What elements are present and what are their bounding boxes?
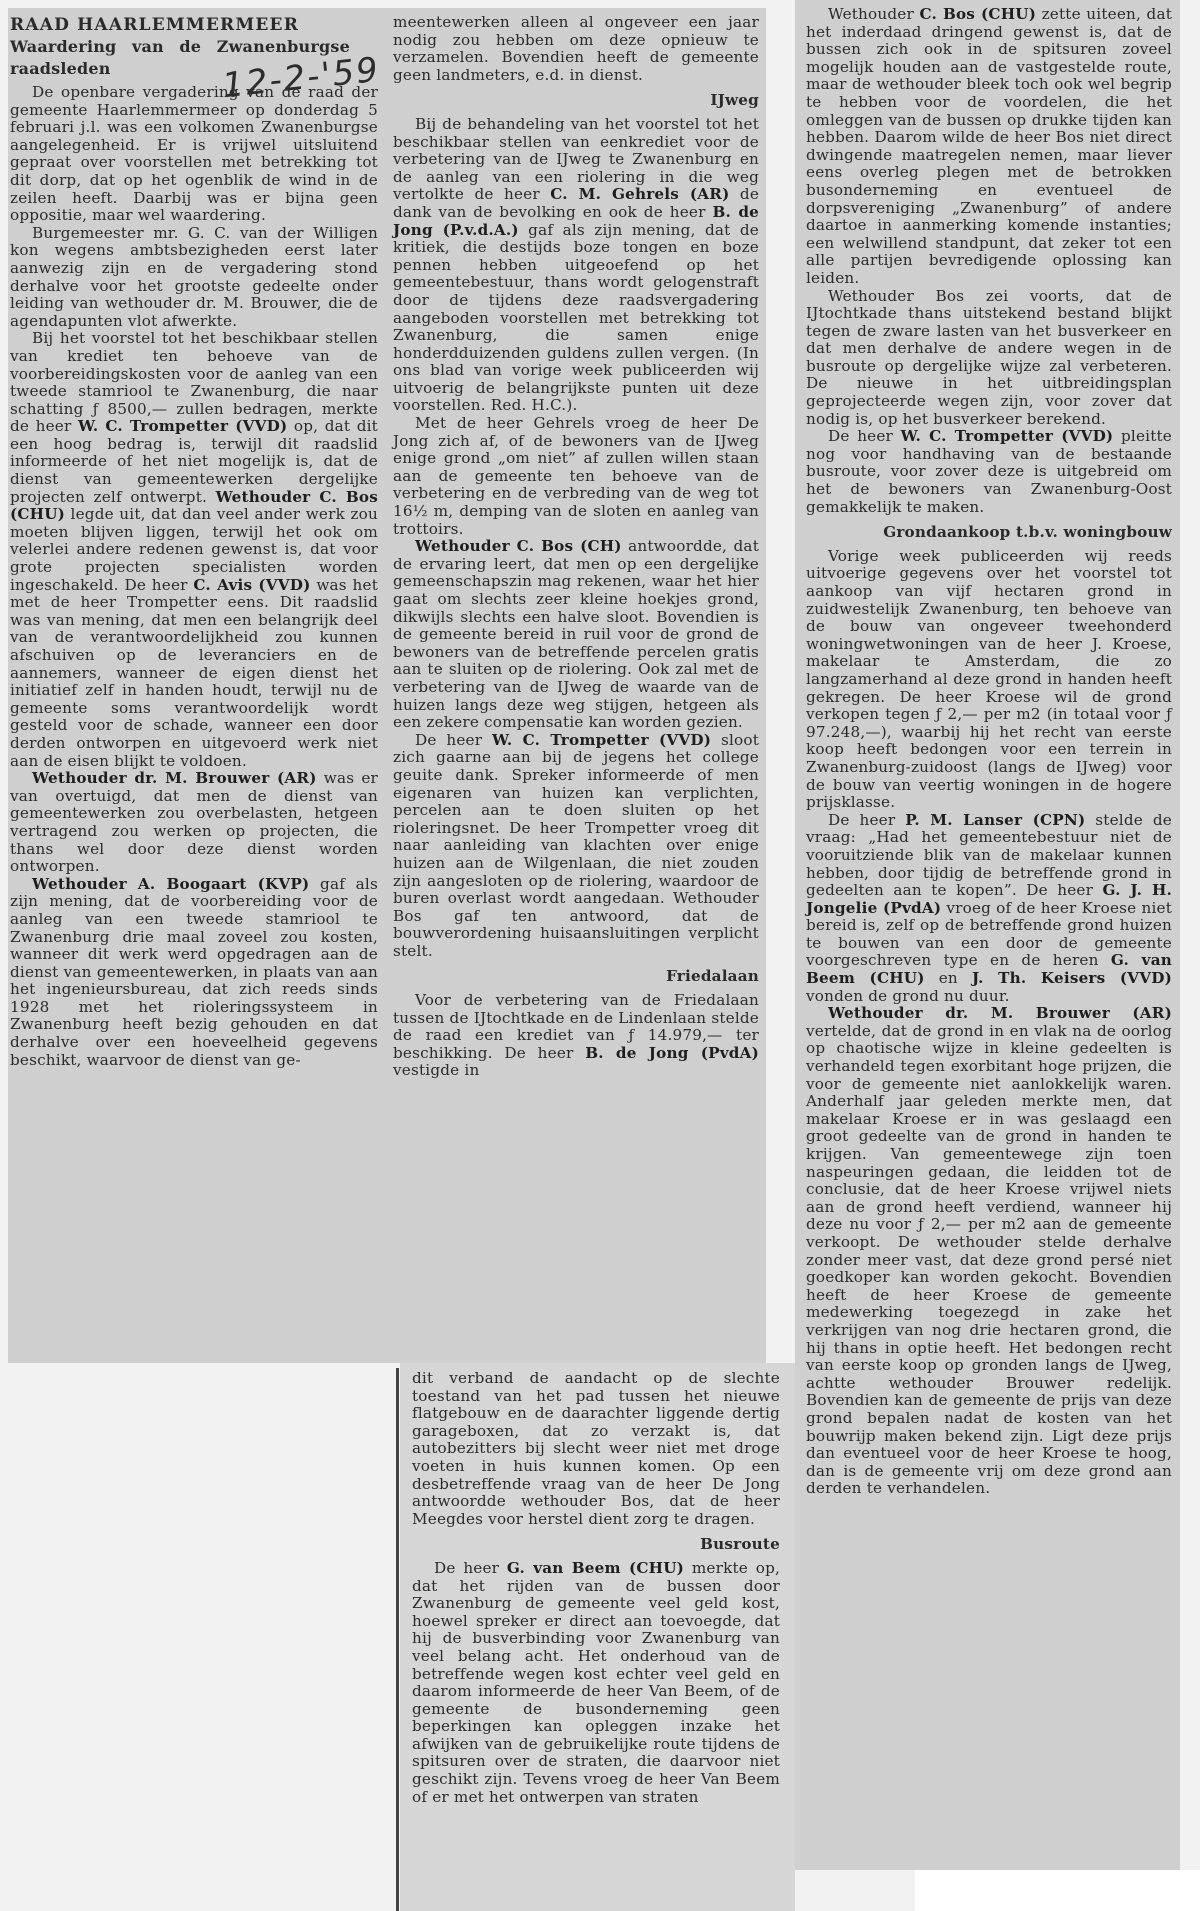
subheading-friedalaan: Friedalaan: [393, 968, 759, 986]
paragraph: De heer G. van Beem (CHU) merkte op, dat…: [412, 1560, 780, 1806]
column-2: meentewerken alleen al ongeveer een jaar…: [393, 14, 759, 1080]
speaker-name: Wethouder A. Boogaart (KVP): [32, 875, 309, 893]
paragraph: De heer W. C. Trompetter (VVD) pleitte n…: [806, 428, 1172, 516]
paragraph: De heer W. C. Trompetter (VVD) sloot zic…: [393, 732, 759, 961]
subheading-busroute: Busroute: [412, 1536, 780, 1554]
speaker-name: Wethouder C. Bos (CH): [415, 537, 622, 555]
speaker-name: C. Bos (CHU): [919, 5, 1036, 23]
paragraph: dit verband de aandacht op de slechte to…: [412, 1370, 780, 1528]
speaker-name: G. van Beem (CHU): [507, 1559, 684, 1577]
speaker-name: W. C. Trompetter (VVD): [901, 427, 1114, 445]
paragraph: Wethouder dr. M. Brouwer (AR) was er van…: [10, 770, 378, 876]
paragraph: Bij de behandeling van het voorstel tot …: [393, 116, 759, 415]
paragraph: Bij het voorstel tot het beschikbaar ste…: [10, 330, 378, 770]
column-rule: [396, 1368, 399, 1911]
paragraph: Wethouder C. Bos (CHU) zette uiteen, dat…: [806, 6, 1172, 288]
speaker-name: B. de Jong (PvdA): [585, 1044, 759, 1062]
speaker-name: P. M. Lanser (CPN): [905, 811, 1085, 829]
speaker-name: Wethouder dr. M. Brouwer (AR): [32, 769, 317, 787]
paragraph: De openbare vergadering van de raad der …: [10, 84, 378, 225]
paragraph: De heer P. M. Lanser (CPN) stelde de vra…: [806, 812, 1172, 1006]
masthead: RAAD HAARLEMMERMEER: [10, 14, 378, 36]
paragraph: Met de heer Gehrels vroeg de heer De Jon…: [393, 415, 759, 538]
speaker-name: C. Avis (VVD): [193, 576, 310, 594]
paragraph: Wethouder dr. M. Brouwer (AR) vertelde, …: [806, 1005, 1172, 1498]
paragraph: Wethouder A. Boogaart (KVP) gaf als zijn…: [10, 876, 378, 1070]
speaker-name: Wethouder dr. M. Brouwer (AR): [828, 1004, 1172, 1022]
speaker-name: W. C. Trompetter (VVD): [492, 731, 711, 749]
column-1: RAAD HAARLEMMERMEER Waardering van de Zw…: [10, 14, 378, 1069]
paragraph: Voor de verbetering van de Friedalaan tu…: [393, 992, 759, 1080]
speaker-name: J. Th. Keisers (VVD): [972, 969, 1172, 987]
paragraph: Burgemeester mr. G. C. van der Willigen …: [10, 225, 378, 331]
speaker-name: C. M. Gehrels (AR): [550, 185, 729, 203]
paragraph: Wethouder C. Bos (CH) antwoordde, dat de…: [393, 538, 759, 732]
speaker-name: W. C. Trompetter (VVD): [78, 417, 287, 435]
subheading-grondaankoop: Grondaankoop t.b.v. woningbouw: [806, 524, 1172, 542]
column-4: Wethouder C. Bos (CHU) zette uiteen, dat…: [806, 6, 1172, 1498]
paragraph: Vorige week publiceerden wij reeds uitvo…: [806, 548, 1172, 812]
subheading-ijweg: IJweg: [393, 92, 759, 110]
paragraph: Wethouder Bos zei voorts, dat de IJtocht…: [806, 288, 1172, 429]
column-3: dit verband de aandacht op de slechte to…: [412, 1370, 780, 1806]
paragraph: meentewerken alleen al ongeveer een jaar…: [393, 14, 759, 84]
blank-area-bottom-right: [915, 1870, 1200, 1911]
